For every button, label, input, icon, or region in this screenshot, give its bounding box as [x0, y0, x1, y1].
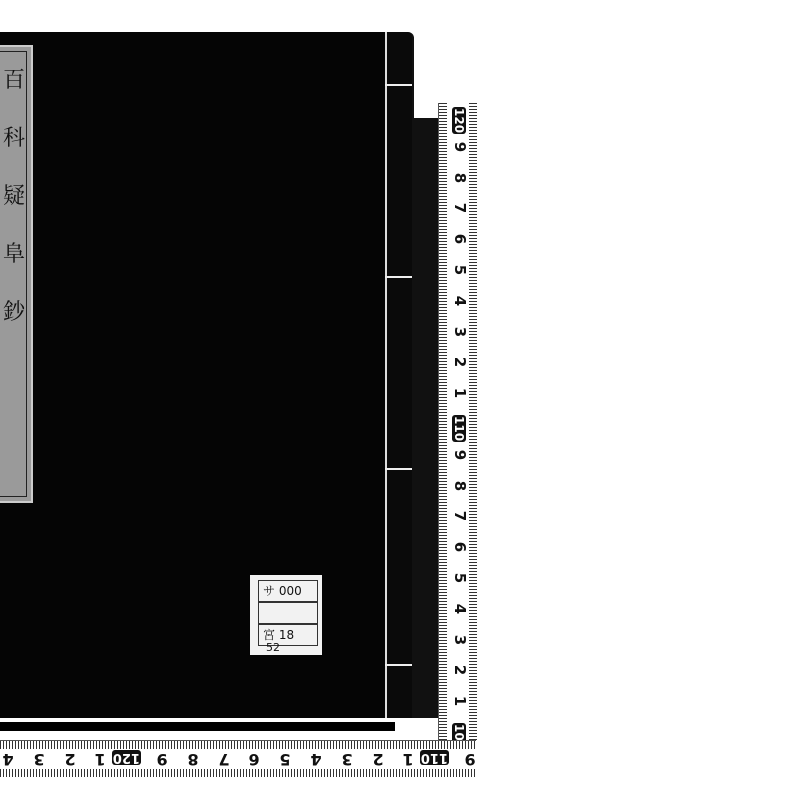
ruler-tick-label: 8 — [451, 477, 469, 495]
ruler-tick-label: 4 — [0, 750, 18, 769]
ruler-tick-label: 3 — [451, 631, 469, 649]
title-character: 疑 — [0, 168, 28, 226]
label-row-call-number: サ 000 — [258, 580, 318, 602]
ruler-tick-label: 4 — [306, 750, 326, 769]
ruler-tick-label: 1 — [451, 384, 469, 402]
book-fore-edge — [385, 32, 414, 718]
ruler-tick-label: 2 — [451, 353, 469, 371]
ruler-tick-label: 3 — [337, 750, 357, 769]
ruler-tick-label: 100 — [451, 723, 469, 741]
title-character: 阜 — [0, 226, 28, 284]
binding-line — [385, 32, 387, 718]
label-row-blank — [258, 602, 318, 624]
label-footnote: 52 — [266, 641, 280, 654]
bottom-shadow-bar — [0, 722, 395, 731]
ruler-tick-label: 1 — [398, 750, 418, 769]
ruler-tick-label: 6 — [451, 230, 469, 248]
binding-stitch — [385, 468, 412, 470]
ruler-tick-label: 3 — [29, 750, 49, 769]
ruler-tick-label: 4 — [451, 292, 469, 310]
ruler-tick-label: 9 — [460, 750, 480, 769]
ruler-tick-label: 110 — [429, 750, 449, 769]
ruler-tick-label: 4 — [451, 600, 469, 618]
ruler-tick-label: 120 — [121, 750, 141, 769]
book-cover — [0, 32, 385, 718]
binding-stitch — [385, 664, 412, 666]
title-slip: 百科疑阜鈔 — [0, 45, 33, 503]
ruler-tick-label: 7 — [451, 507, 469, 525]
ruler-tick-label: 1 — [90, 750, 110, 769]
vertical-scale-ruler: 120987654321110987654321100 — [438, 103, 477, 740]
ruler-tick-label: 7 — [214, 750, 234, 769]
ruler-tick-label: 5 — [451, 569, 469, 587]
ruler-tick-label: 9 — [152, 750, 172, 769]
horizontal-scale-ruler: 43211209876543211109 — [0, 740, 476, 777]
ruler-tick-label: 9 — [451, 446, 469, 464]
binding-stitch — [385, 84, 412, 86]
title-character: 鈔 — [0, 284, 28, 342]
ruler-tick-label: 6 — [244, 750, 264, 769]
ruler-tick-label: 3 — [451, 323, 469, 341]
book-back-volume — [412, 118, 438, 718]
ruler-tick-label: 2 — [451, 661, 469, 679]
library-label: サ 000 宮 18 52 — [250, 575, 322, 655]
binding-stitch — [385, 276, 412, 278]
ruler-tick-label: 7 — [451, 199, 469, 217]
ruler-tick-label: 120 — [451, 107, 469, 125]
ruler-tick-label: 5 — [275, 750, 295, 769]
ruler-tick-label: 6 — [451, 538, 469, 556]
ruler-tick-label: 1 — [451, 692, 469, 710]
ruler-tick-label: 2 — [368, 750, 388, 769]
title-character: 科 — [0, 110, 28, 168]
ruler-tick-label: 9 — [451, 138, 469, 156]
ruler-tick-label: 8 — [451, 169, 469, 187]
title-slip-frame: 百科疑阜鈔 — [0, 51, 27, 497]
ruler-tick-label: 2 — [60, 750, 80, 769]
ruler-tick-label: 110 — [451, 415, 469, 433]
ruler-tick-label: 8 — [183, 750, 203, 769]
title-character: 百 — [0, 52, 28, 110]
ruler-tick-label: 5 — [451, 261, 469, 279]
